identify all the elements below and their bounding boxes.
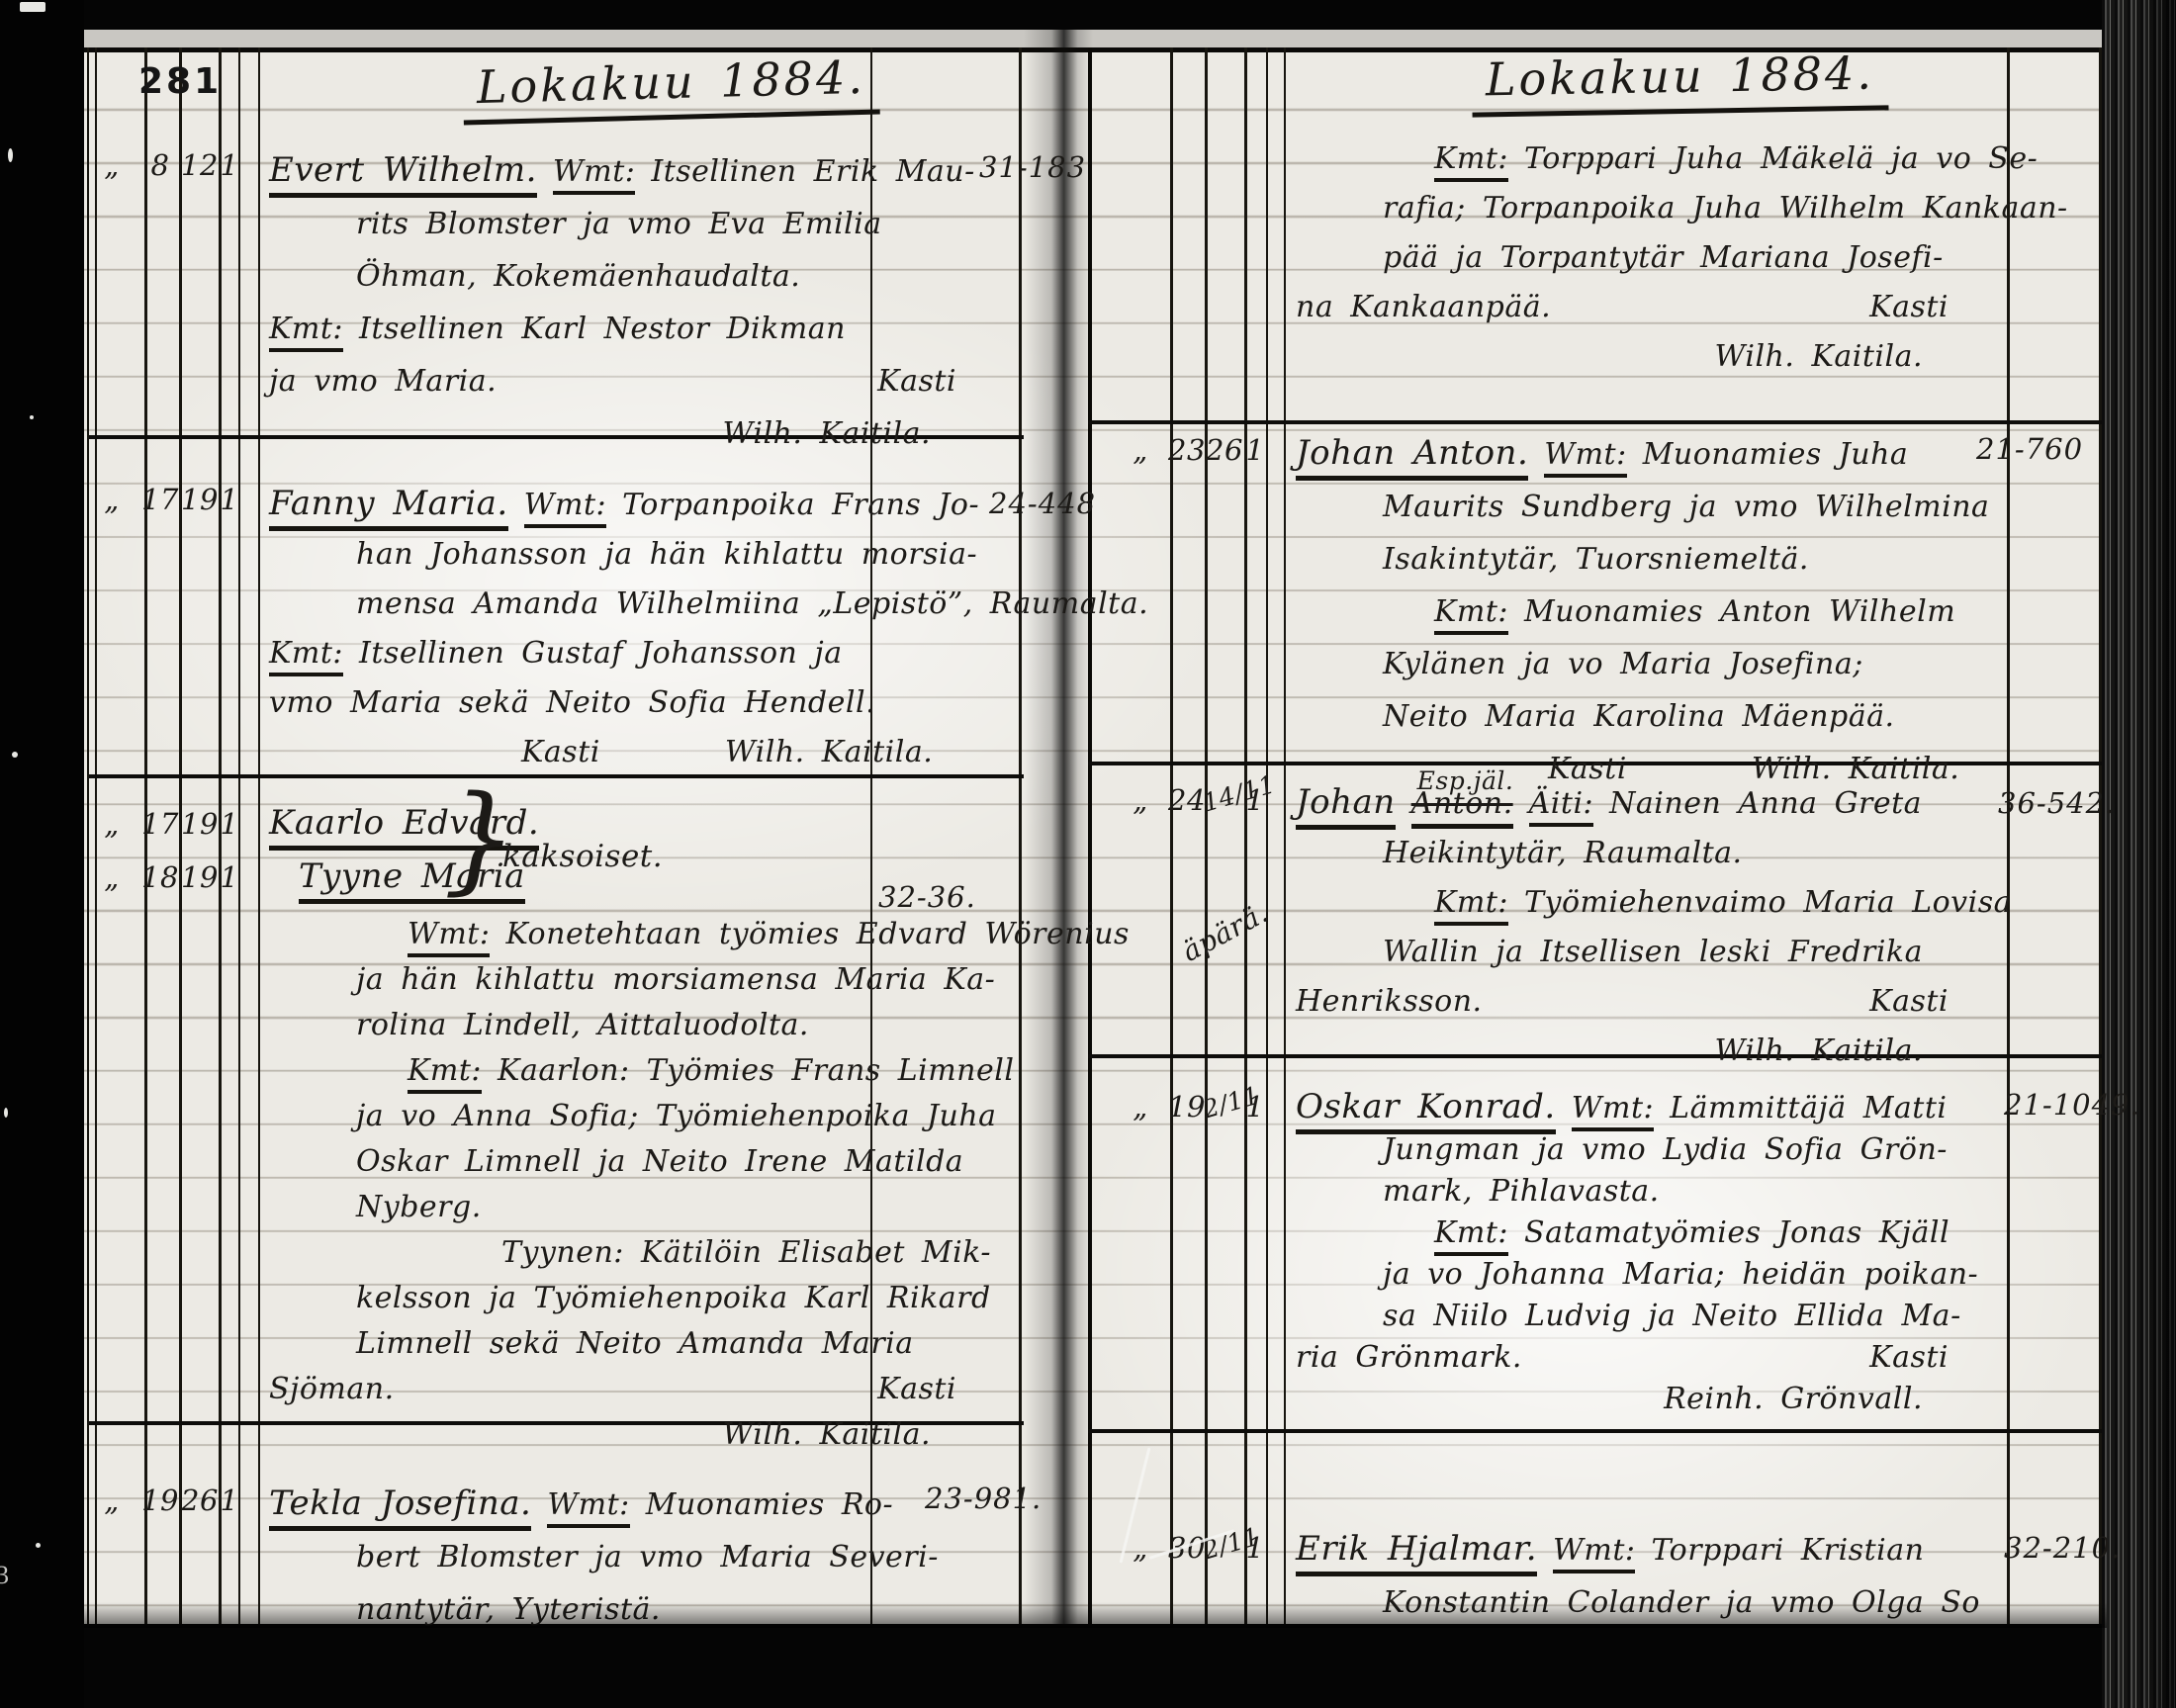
baptism-note: Kasti <box>877 355 956 407</box>
record-label: Kmt: <box>1434 885 1508 926</box>
handwritten-text: kelsson ja Työmiehenpoika Karl Rikard <box>356 1281 991 1315</box>
child-name: Johan Anton. <box>1296 433 1528 481</box>
handwritten-line: vmo Maria sekä Neito Sofia Hendell. <box>269 678 1006 728</box>
birth-day: 8 <box>140 148 180 182</box>
correction-note: Esp.jäl. <box>1417 757 1514 806</box>
handwritten-line: ja vmo Maria.Kasti <box>269 355 1006 407</box>
handwritten-text: Nainen Anna Greta <box>1609 786 1922 821</box>
entry-johan-anton: Johan Anton.Wmt:Muonamies JuhaMaurits Su… <box>1296 427 1998 795</box>
handwritten-line: Nyberg. <box>269 1185 1006 1230</box>
handwritten-text: ja vo Johanna Maria; heidän poikan- <box>1383 1257 1978 1292</box>
baptism-date-fraction: 2/11 <box>1200 1084 1249 1124</box>
record-label: Wmt: <box>553 154 635 195</box>
handwritten-text: ja vmo Maria. <box>269 364 497 399</box>
handwritten-line: Maurits Sundberg ja vmo Wilhelmina <box>1296 481 1998 533</box>
entry-kaarlo-tyyne-twins: Wmt:Konetehtaan työmies Edvard Wöreniusj… <box>269 912 1006 1458</box>
handwritten-line: Sjöman.Kasti <box>269 1367 1006 1412</box>
handwritten-line: Kmt:Muonamies Anton Wilhelm <box>1296 585 1998 638</box>
handwritten-line: Kmt:Torppari Juha Mäkelä ja vo Se- <box>1296 135 1998 184</box>
handwritten-line: han Johansson ja hän kihlattu morsia- <box>269 530 1006 580</box>
handwritten-line: ja hän kihlattu morsiamensa Maria Ka- <box>269 957 1006 1003</box>
handwritten-line: sa Niilo Ludvig ja Neito Ellida Ma- <box>1296 1296 1998 1337</box>
paper-speck <box>20 2 45 12</box>
handwritten-text: Wilh. Kaitila. <box>1715 339 1923 374</box>
handwritten-line: Wilh. Kaitila. <box>1296 1027 1998 1076</box>
handwritten-text: pää ja Torpantytär Mariana Josefi- <box>1383 240 1944 275</box>
ditto-mark: „ <box>99 860 125 894</box>
entry-johan-struck-anton: JohanAnton.Esp.jäl.Äiti:Nainen Anna Gret… <box>1296 777 1998 1076</box>
handwritten-line: Öhman, Kokemäenhaudalta. <box>269 250 1006 303</box>
birth-day: 17 <box>140 483 180 516</box>
page-top-margin <box>84 30 2107 47</box>
handwritten-line: Johan Anton.Wmt:Muonamies Juha <box>1296 427 1998 481</box>
count: 1 <box>1243 1090 1267 1124</box>
record-label: Kmt: <box>1434 594 1508 635</box>
count: 1 <box>1243 1531 1267 1565</box>
record-label: Kmt: <box>408 1053 482 1094</box>
handwritten-text: Torpanpoika Frans Jo- <box>622 488 979 522</box>
record-reference: 32-210. <box>2004 1531 2121 1565</box>
baptism-note: Kasti <box>1869 1337 1949 1379</box>
handwritten-text: Wilh. Kaitila. <box>723 1417 931 1452</box>
entry-separator <box>1088 1429 2102 1433</box>
month-header-left: Lokakuu 1884. <box>462 50 880 126</box>
handwritten-line: pää ja Torpantytär Mariana Josefi- <box>1296 233 1998 283</box>
count: 1 <box>218 483 241 516</box>
handwritten-text: vmo Maria sekä Neito Sofia Hendell. <box>269 685 875 720</box>
handwritten-text: Öhman, Kokemäenhaudalta. <box>356 259 800 294</box>
handwritten-text: Kylänen ja vo Maria Josefina; <box>1383 647 1863 681</box>
baptism-note: Kasti <box>1869 283 1949 332</box>
handwritten-text: Tyynen: Kätilöin Elisabet Mik- <box>501 1235 991 1270</box>
child-name: Johan <box>1296 782 1396 830</box>
fore-edge-shadow <box>2136 0 2176 1708</box>
handwritten-line: kelsson ja Työmiehenpoika Karl Rikard <box>269 1276 1006 1321</box>
handwritten-line: Henriksson.Kasti <box>1296 977 1998 1027</box>
baptism-day: 19 <box>178 860 222 894</box>
count: 1 <box>1243 783 1267 817</box>
handwritten-text: ja hän kihlattu morsiamensa Maria Ka- <box>356 962 995 997</box>
baptism-day: 26 <box>178 1483 222 1517</box>
record-label: Wmt: <box>524 488 606 528</box>
handwritten-text: Isakintytär, Tuorsniemeltä. <box>1383 542 1809 577</box>
handwritten-text: Limnell sekä Neito Amanda Maria <box>356 1326 914 1361</box>
handwritten-text: Konetehtaan työmies Edvard Wörenius <box>505 917 1129 951</box>
handwritten-line: ja vo Johanna Maria; heidän poikan- <box>1296 1254 1998 1296</box>
handwritten-text: rolina Lindell, Aittaluodolta. <box>356 1008 809 1042</box>
handwritten-line: ja vo Anna Sofia; Työmiehenpoika Juha <box>269 1094 1006 1139</box>
baptism-date-fraction: 14/11 <box>1200 777 1249 817</box>
handwritten-line: na Kankaanpää.Kasti <box>1296 283 1998 332</box>
child-name: Oskar Konrad. <box>1296 1087 1556 1134</box>
twins-note: kaksoiset. <box>502 839 663 874</box>
baptism-note: Kasti <box>877 1367 956 1412</box>
entry-evert-wilhelm: Evert Wilhelm.Wmt:Itsellinen Erik Mau-ri… <box>269 144 1006 460</box>
handwritten-line: Kylänen ja vo Maria Josefina; <box>1296 638 1998 690</box>
baptism-note: Kasti <box>1869 977 1949 1027</box>
birth-day: 18 <box>140 860 180 894</box>
count: 1 <box>218 1483 241 1517</box>
handwritten-text: na Kankaanpää. <box>1296 290 1551 324</box>
handwritten-line: Jungman ja vmo Lydia Sofia Grön- <box>1296 1129 1998 1171</box>
handwritten-line: Erik Hjalmar.Wmt:Torppari Kristian <box>1296 1523 1998 1576</box>
record-reference: 31-183 <box>979 150 1086 184</box>
handwritten-line: Oskar Limnell ja Neito Irene Matilda <box>269 1139 1006 1185</box>
handwritten-line: JohanAnton.Esp.jäl.Äiti:Nainen Anna Gret… <box>1296 777 1998 829</box>
handwritten-text: Heikintytär, Raumalta. <box>1383 836 1743 870</box>
handwritten-text: Wallin ja Itsellisen leski Fredrika <box>1383 935 1923 969</box>
handwritten-text: ria Grönmark. <box>1296 1340 1522 1375</box>
record-label: Wmt: <box>1544 437 1626 478</box>
handwritten-text: ja vo Anna Sofia; Työmiehenpoika Juha <box>356 1099 997 1133</box>
handwritten-line: Tekla Josefina.Wmt:Muonamies Ro- <box>269 1478 1006 1531</box>
handwritten-line: rolina Lindell, Aittaluodolta. <box>269 1003 1006 1048</box>
handwritten-line: Evert Wilhelm.Wmt:Itsellinen Erik Mau- <box>269 144 1006 198</box>
handwritten-text: Maurits Sundberg ja vmo Wilhelmina <box>1383 490 1989 524</box>
baptism-day: 19 <box>178 483 222 516</box>
record-label: Kmt: <box>269 312 343 352</box>
handwritten-line: Kmt:Kaarlon: Työmies Frans Limnell <box>269 1048 1006 1094</box>
handwritten-text: Itsellinen Gustaf Johansson ja <box>359 636 843 671</box>
record-reference: 36-542. <box>1998 786 2115 820</box>
handwritten-line: rafia; Torpanpoika Juha Wilhelm Kankaan- <box>1296 184 1998 233</box>
record-reference: 32-36. <box>878 880 976 914</box>
handwritten-line: Kmt:Satamatyömies Jonas Kjäll <box>1296 1213 1998 1254</box>
handwritten-text: Kaarlon: Työmies Frans Limnell <box>498 1053 1014 1088</box>
record-reference: 24-448 <box>989 487 1096 520</box>
record-label: Wmt: <box>408 917 490 957</box>
handwritten-line: Kmt:Työmiehenvaimo Maria Lovisa <box>1296 878 1998 928</box>
baptism-day: 26 <box>1203 433 1246 467</box>
handwritten-text: Nyberg. <box>356 1190 482 1224</box>
struck-name: Anton.Esp.jäl. <box>1411 786 1513 829</box>
scanned-parish-register: 281 Lokakuu 1884. Lokakuu 1884. „ 8 12 1… <box>0 0 2176 1708</box>
handwritten-text: Muonamies Anton Wilhelm <box>1524 594 1955 629</box>
handwritten-text: Wilh. Kaitila. <box>725 735 933 769</box>
record-label: Kmt: <box>1434 1215 1508 1256</box>
handwritten-text: Torppari Kristian <box>1651 1533 1924 1568</box>
handwritten-text: bert Blomster ja vmo Maria Severi- <box>356 1540 939 1574</box>
handwritten-line: Heikintytär, Raumalta. <box>1296 829 1998 878</box>
edge-text-fragment: 3 <box>0 1561 9 1590</box>
record-label: Wmt: <box>1572 1091 1654 1131</box>
handwritten-text: Itsellinen Karl Nestor Dikman <box>359 312 846 346</box>
handwritten-text: rafia; Torpanpoika Juha Wilhelm Kankaan- <box>1383 191 2068 225</box>
handwritten-line: Wilh. Kaitila. <box>1296 332 1998 382</box>
ditto-mark: „ <box>99 1483 125 1517</box>
record-label: Wmt: <box>1553 1533 1635 1573</box>
ditto-mark: „ <box>1128 783 1153 817</box>
child-name: Erik Hjalmar. <box>1296 1529 1537 1576</box>
record-label: Kmt: <box>1434 141 1508 182</box>
handwritten-text: Oskar Limnell ja Neito Irene Matilda <box>356 1144 963 1179</box>
handwritten-text: Reinh. Grönvall. <box>1664 1382 1923 1416</box>
handwritten-line: mark, Pihlavasta. <box>1296 1171 1998 1213</box>
child-name: Evert Wilhelm. <box>269 150 537 198</box>
entry-separator <box>1088 420 2102 424</box>
book-left-edge <box>0 0 84 1708</box>
count: 1 <box>1243 433 1267 467</box>
handwritten-line: Isakintytär, Tuorsniemeltä. <box>1296 533 1998 585</box>
handwritten-text: Sjöman. <box>269 1372 395 1406</box>
handwritten-text: Satamatyömies Jonas Kjäll <box>1524 1215 1949 1250</box>
handwritten-text: rits Blomster ja vmo Eva Emilia <box>356 207 882 241</box>
handwritten-text: Torppari Juha Mäkelä ja vo Se- <box>1524 141 2038 176</box>
paper-speck <box>30 415 34 419</box>
handwritten-text: Lämmittäjä Matti <box>1670 1091 1947 1125</box>
month-header-right: Lokakuu 1884. <box>1471 45 1888 117</box>
page-number: 281 <box>138 61 222 102</box>
handwritten-line: Kmt:Itsellinen Karl Nestor Dikman <box>269 303 1006 355</box>
record-reference: 23-981. <box>925 1482 1042 1515</box>
handwritten-line: Tyynen: Kätilöin Elisabet Mik- <box>269 1230 1006 1276</box>
entry-fanny-maria: Fanny Maria.Wmt:Torpanpoika Frans Jo-han… <box>269 479 1006 777</box>
handwritten-text: Wilh. Kaitila. <box>1715 1034 1923 1068</box>
child-name: Tekla Josefina. <box>269 1483 531 1531</box>
handwritten-line: Reinh. Grönvall. <box>1296 1379 1998 1420</box>
handwritten-line: Neito Maria Karolina Mäenpää. <box>1296 690 1998 743</box>
handwritten-text: Muonamies Juha <box>1643 437 1909 472</box>
handwritten-line: Wilh. Kaitila. <box>269 407 1006 460</box>
paper-speck <box>12 752 18 758</box>
entry-oskar-konrad: Oskar Konrad.Wmt:Lämmittäjä MattiJungman… <box>1296 1086 1998 1420</box>
handwritten-line: rits Blomster ja vmo Eva Emilia <box>269 198 1006 250</box>
handwritten-text: Itsellinen Erik Mau- <box>651 154 974 189</box>
handwritten-line: Wilh. Kaitila. <box>269 1412 1006 1458</box>
handwritten-text: Jungman ja vmo Lydia Sofia Grön- <box>1383 1132 1948 1167</box>
bottom-shadow <box>84 1602 2107 1628</box>
handwritten-text: mark, Pihlavasta. <box>1383 1174 1660 1209</box>
record-label: Äiti: <box>1529 786 1594 827</box>
twin-brace: } <box>443 779 518 896</box>
ditto-mark: „ <box>1128 1531 1153 1565</box>
handwritten-line: KastiWilh. Kaitila. <box>269 728 1006 777</box>
count: 1 <box>218 860 241 894</box>
record-reference: 21-1049. <box>2004 1088 2140 1122</box>
handwritten-line: Fanny Maria.Wmt:Torpanpoika Frans Jo- <box>269 479 1006 530</box>
handwritten-line: Wmt:Konetehtaan työmies Edvard Wörenius <box>269 912 1006 957</box>
count: 1 <box>218 148 241 182</box>
birth-day: 23 <box>1168 433 1206 467</box>
handwritten-text: Kasti <box>521 735 600 769</box>
handwritten-text: han Johansson ja hän kihlattu morsia- <box>356 537 977 572</box>
handwritten-line: Wallin ja Itsellisen leski Fredrika <box>1296 928 1998 977</box>
handwritten-line: Kmt:Itsellinen Gustaf Johansson ja <box>269 629 1006 678</box>
handwritten-line: ria Grönmark.Kasti <box>1296 1337 1998 1379</box>
handwritten-text: Wilh. Kaitila. <box>723 416 931 451</box>
record-reference: 21-760 <box>1976 432 2083 466</box>
handwritten-text: Henriksson. <box>1296 984 1483 1019</box>
handwritten-text: Neito Maria Karolina Mäenpää. <box>1383 699 1895 734</box>
ditto-mark: „ <box>99 148 125 182</box>
handwritten-text: mensa Amanda Wilhelmiina „Lepistö”, Raum… <box>356 586 1148 621</box>
birth-day: 24 <box>1168 783 1206 817</box>
ditto-mark: „ <box>99 483 125 516</box>
baptism-day: 12 <box>178 148 222 182</box>
handwritten-line: mensa Amanda Wilhelmiina „Lepistö”, Raum… <box>269 580 1006 629</box>
entry-continuation-kankaanpaa: Kmt:Torppari Juha Mäkelä ja vo Se-rafia;… <box>1296 135 1998 382</box>
handwritten-text: sa Niilo Ludvig ja Neito Ellida Ma- <box>1383 1299 1961 1333</box>
child-name: Fanny Maria. <box>269 484 508 531</box>
ditto-mark: „ <box>1128 433 1153 467</box>
handwritten-line: bert Blomster ja vmo Maria Severi- <box>269 1531 1006 1583</box>
birth-day: 19 <box>140 1483 180 1517</box>
handwritten-line: Limnell sekä Neito Amanda Maria <box>269 1321 1006 1367</box>
record-label: Kmt: <box>269 636 343 676</box>
handwritten-text: Muonamies Ro- <box>646 1487 893 1522</box>
handwritten-line: Oskar Konrad.Wmt:Lämmittäjä Matti <box>1296 1086 1998 1129</box>
handwritten-text: Työmiehenvaimo Maria Lovisa <box>1524 885 2012 920</box>
birth-day: 19 <box>1168 1090 1206 1124</box>
record-label: Wmt: <box>547 1487 629 1528</box>
ditto-mark: „ <box>1128 1090 1153 1124</box>
